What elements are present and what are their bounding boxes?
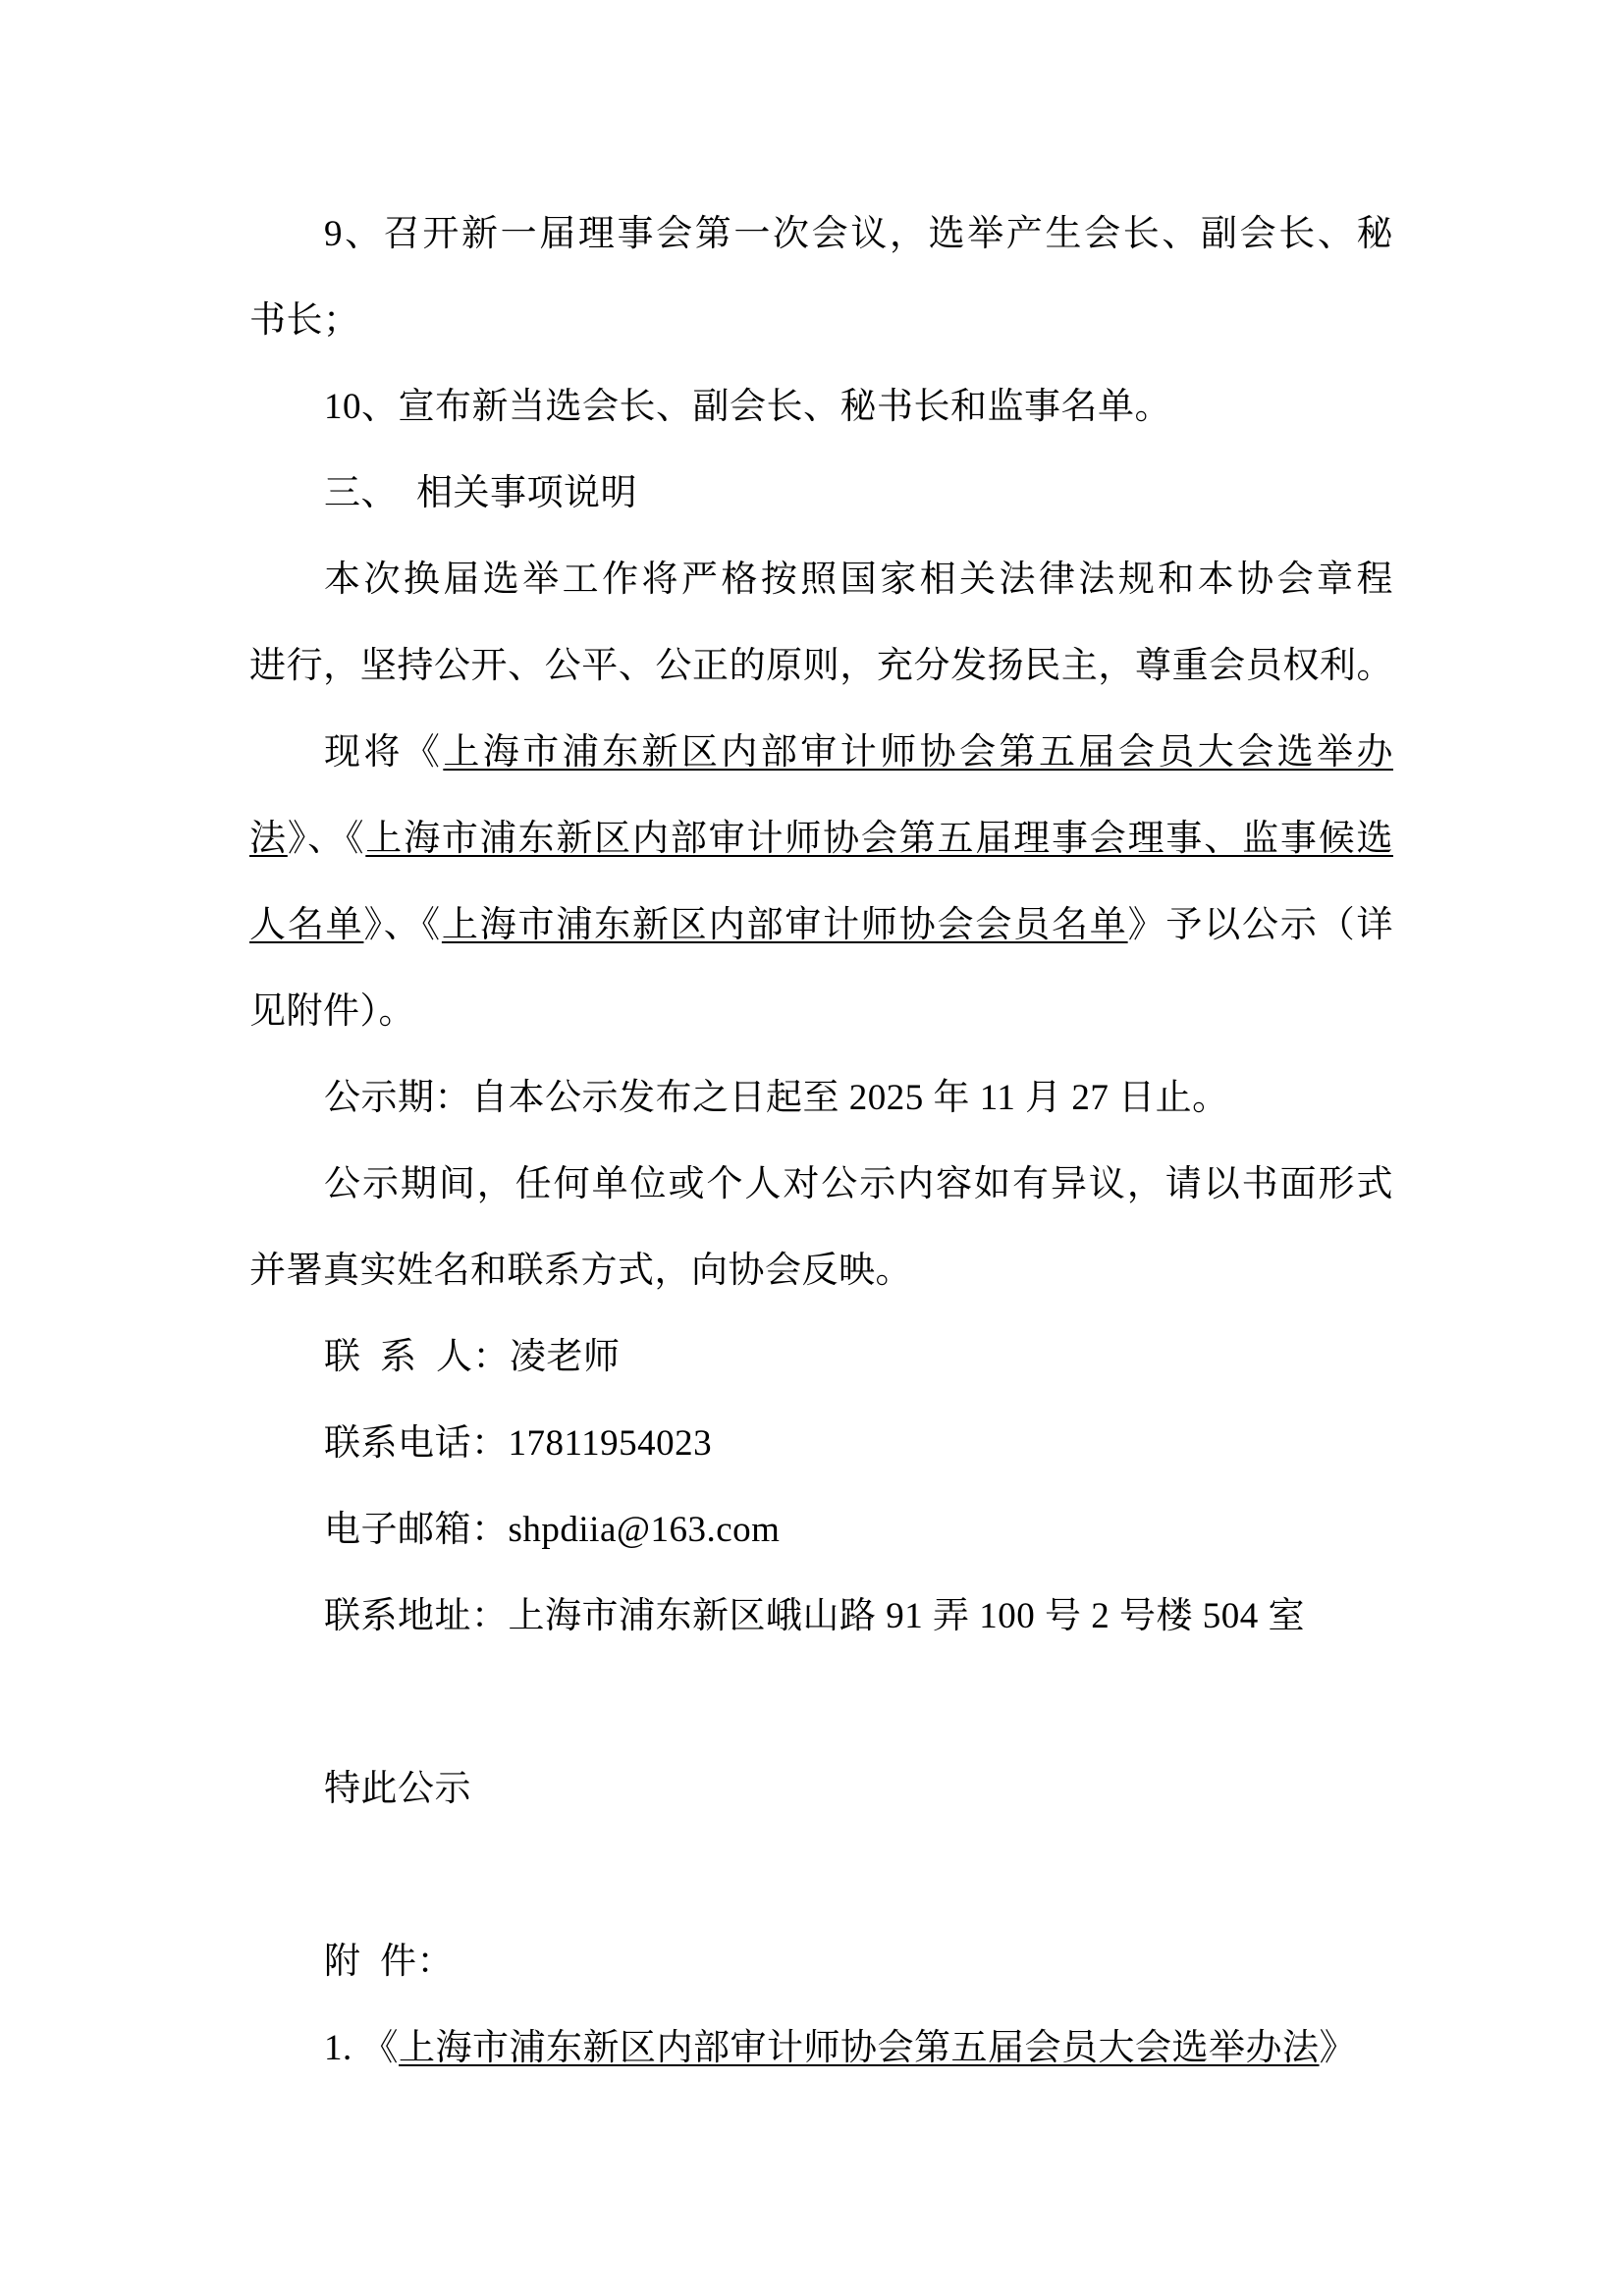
- doc-line-16: 电子邮箱：shpdiia@163.com: [249, 1507, 1393, 1554]
- text-run: 联系电话：17811954023: [324, 1423, 712, 1464]
- doc-line-18: 特此公示: [249, 1766, 1393, 1813]
- doc-line-12: 公示期间，任何单位或个人对公示内容如有异议，请以书面形式: [249, 1161, 1393, 1208]
- doc-line-20: 1. 《上海市浦东新区内部审计师协会第五届会员大会选举办法》: [249, 2025, 1393, 2072]
- doc-line-5: 本次换届选举工作将严格按照国家相关法律法规和本协会章程: [249, 557, 1393, 604]
- document-title-underlined: 上海市浦东新区内部审计师协会第五届会员大会选举办: [443, 732, 1393, 773]
- text-run: 公示期间，任何单位或个人对公示内容如有异议，请以书面形式: [324, 1164, 1393, 1204]
- document-page: 9、召开新一届理事会第一次会议，选举产生会长、副会长、秘书长；10、宣布新当选会…: [0, 0, 1624, 2296]
- doc-line-4: 三、 相关事项说明: [249, 470, 1393, 517]
- text-run: 9、召开新一届理事会第一次会议，选举产生会长、副会长、秘: [324, 214, 1393, 254]
- text-run: 现将《: [324, 732, 443, 773]
- text-run: 公示期：自本公示发布之日起至 2025 年 11 月 27 日止。: [324, 1078, 1229, 1118]
- doc-line-6: 进行，坚持公开、公平、公正的原则，充分发扬民主，尊重会员权利。: [249, 643, 1393, 690]
- doc-line-19: 附 件：: [249, 1939, 1393, 1986]
- text-run: 联系地址：上海市浦东新区峨山路 91 弄 100 号 2 号楼 504 室: [324, 1596, 1305, 1636]
- text-run: 》、《: [363, 905, 441, 945]
- doc-line-2: 书长；: [249, 297, 1393, 345]
- doc-line-11: 公示期：自本公示发布之日起至 2025 年 11 月 27 日止。: [249, 1075, 1393, 1122]
- doc-line-1: 9、召开新一届理事会第一次会议，选举产生会长、副会长、秘: [249, 211, 1393, 258]
- doc-line-13: 并署真实姓名和联系方式，向协会反映。: [249, 1248, 1393, 1295]
- text-run: 进行，坚持公开、公平、公正的原则，充分发扬民主，尊重会员权利。: [249, 646, 1393, 686]
- document-title-underlined: 人名单: [249, 905, 363, 945]
- text-run: 特此公示: [324, 1769, 471, 1809]
- doc-line-8: 法》、《上海市浦东新区内部审计师协会第五届理事会理事、监事候选: [249, 816, 1393, 863]
- doc-line-15: 联系电话：17811954023: [249, 1420, 1393, 1468]
- text-run: 本次换届选举工作将严格按照国家相关法律法规和本协会章程: [324, 560, 1393, 600]
- doc-line-14: 联 系 人：凌老师: [249, 1334, 1393, 1381]
- text-run: 并署真实姓名和联系方式，向协会反映。: [249, 1251, 912, 1291]
- document-title-underlined: 上海市浦东新区内部审计师协会第五届会员大会选举办法: [399, 2028, 1320, 2068]
- text-run: 》予以公示（详: [1128, 905, 1393, 945]
- text-run: 联 系 人：凌老师: [324, 1337, 621, 1377]
- text-run: 见附件）。: [249, 991, 415, 1032]
- text-run: 10、宣布新当选会长、副会长、秘书长和监事名单。: [324, 387, 1171, 427]
- doc-line-17: 联系地址：上海市浦东新区峨山路 91 弄 100 号 2 号楼 504 室: [249, 1593, 1393, 1640]
- doc-line-7: 现将《上海市浦东新区内部审计师协会第五届会员大会选举办: [249, 729, 1393, 776]
- text-run: 三、 相关事项说明: [324, 473, 637, 513]
- text-run: 1. 《: [324, 2028, 399, 2068]
- text-run: 》: [1320, 2028, 1357, 2068]
- document-title-underlined: 上海市浦东新区内部审计师协会第五届理事会理事、监事候选: [365, 819, 1393, 859]
- doc-line-9: 人名单》、《上海市浦东新区内部审计师协会会员名单》予以公示（详: [249, 902, 1393, 949]
- doc-line-10: 见附件）。: [249, 988, 1393, 1036]
- document-title-underlined: 上海市浦东新区内部审计师协会会员名单: [442, 905, 1128, 945]
- text-run: 书长；: [249, 300, 360, 341]
- text-run: 电子邮箱：shpdiia@163.com: [324, 1510, 780, 1550]
- document-title-underlined: 法: [249, 819, 288, 859]
- text-run: 》、《: [288, 819, 365, 859]
- doc-line-3: 10、宣布新当选会长、副会长、秘书长和监事名单。: [249, 384, 1393, 431]
- text-run: 附 件：: [324, 1942, 454, 1982]
